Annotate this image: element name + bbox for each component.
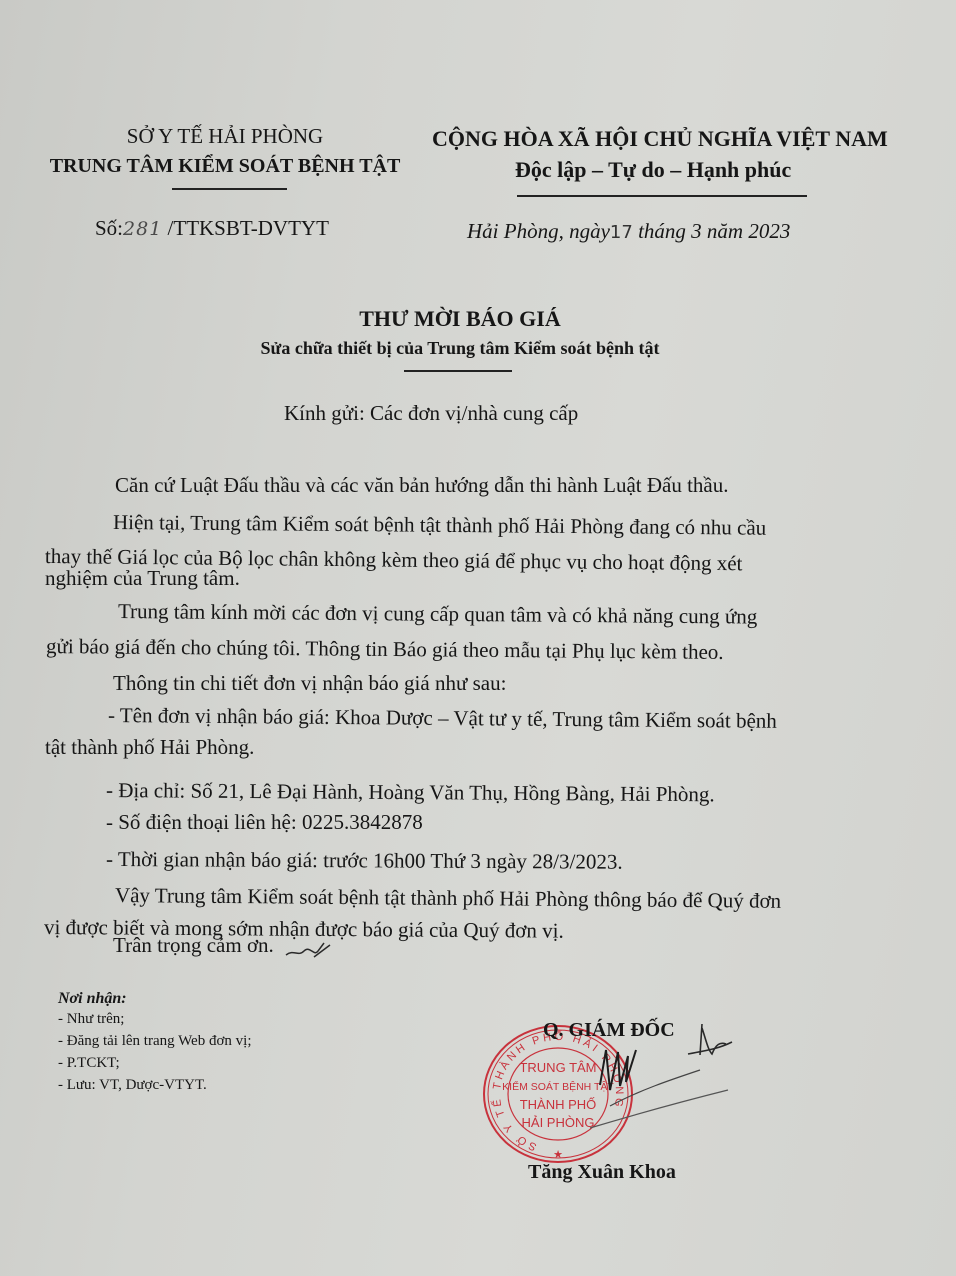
recipient-item: - Như trên; <box>58 1011 124 1028</box>
national-motto: Độc lập – Tự do – Hạnh phúc <box>515 157 791 183</box>
body-line: nghiệm của Trung tâm. <box>45 568 240 589</box>
number-suffix: /TTKSBT-DVTYT <box>162 216 329 240</box>
header-left-divider <box>172 188 287 190</box>
signer-title: Q. GIÁM ĐỐC <box>543 1019 675 1042</box>
body-line: Hiện tại, Trung tâm Kiểm soát bệnh tật t… <box>113 512 766 539</box>
recipient-item: - Lưu: VT, Dược-VTYT. <box>58 1077 207 1094</box>
svg-text:★: ★ <box>553 1149 563 1161</box>
body-line: - Địa chỉ: Số 21, Lê Đại Hành, Hoàng Văn… <box>106 780 715 805</box>
document-title: THƯ MỜI BÁO GIÁ <box>250 306 670 332</box>
body-line: - Tên đơn vị nhận báo giá: Khoa Dược – V… <box>108 705 777 732</box>
date-day-handwritten: 17 <box>610 222 633 243</box>
organization-name: TRUNG TÂM KIỂM SOÁT BỆNH TẬT <box>40 155 410 178</box>
agency-name: SỞ Y TẾ HẢI PHÒNG <box>40 124 410 149</box>
body-line: Vậy Trung tâm Kiểm soát bệnh tật thành p… <box>115 885 781 912</box>
body-line: gửi báo giá đến cho chúng tôi. Thông tin… <box>46 636 724 663</box>
body-line: - Số điện thoại liên hệ: 0225.3842878 <box>106 812 423 833</box>
recipients-title: Nơi nhận: <box>58 990 127 1008</box>
body-line: - Thời gian nhận báo giá: trước 16h00 Th… <box>106 849 623 873</box>
body-line: Trân trọng cảm ơn. <box>113 935 274 956</box>
initials-scribble-icon <box>284 935 334 965</box>
header-right-divider <box>517 195 807 197</box>
body-line: tật thành phố Hải Phòng. <box>45 737 254 758</box>
nation-name: CỘNG HÒA XÃ HỘI CHỦ NGHĨA VIỆT NAM <box>432 126 888 152</box>
number-handwritten: 281 <box>123 218 162 240</box>
document-subtitle: Sửa chữa thiết bị của Trung tâm Kiểm soá… <box>200 338 720 359</box>
body-line: Trung tâm kính mời các đơn vị cung cấp q… <box>118 601 758 628</box>
greeting: Kính gửi: Các đơn vị/nhà cung cấp <box>284 401 578 426</box>
signer-name: Tăng Xuân Khoa <box>528 1161 676 1184</box>
title-divider <box>404 370 512 372</box>
number-label: Số: <box>95 216 123 240</box>
date-prefix: Hải Phòng, ngày <box>467 219 610 243</box>
body-line: Căn cứ Luật Đấu thầu và các văn bản hướn… <box>115 475 729 496</box>
date-suffix: tháng 3 năm 2023 <box>633 219 791 243</box>
document-page: SỞ Y TẾ HẢI PHÒNG TRUNG TÂM KIỂM SOÁT BỆ… <box>0 0 956 1276</box>
document-date: Hải Phòng, ngày17 tháng 3 năm 2023 <box>467 219 790 244</box>
recipient-item: - P.TCKT; <box>58 1055 120 1072</box>
document-number: Số:281 /TTKSBT-DVTYT <box>95 216 329 241</box>
recipient-item: - Đăng tải lên trang Web đơn vị; <box>58 1033 251 1050</box>
body-line: Thông tin chi tiết đơn vị nhận báo giá n… <box>113 673 506 694</box>
